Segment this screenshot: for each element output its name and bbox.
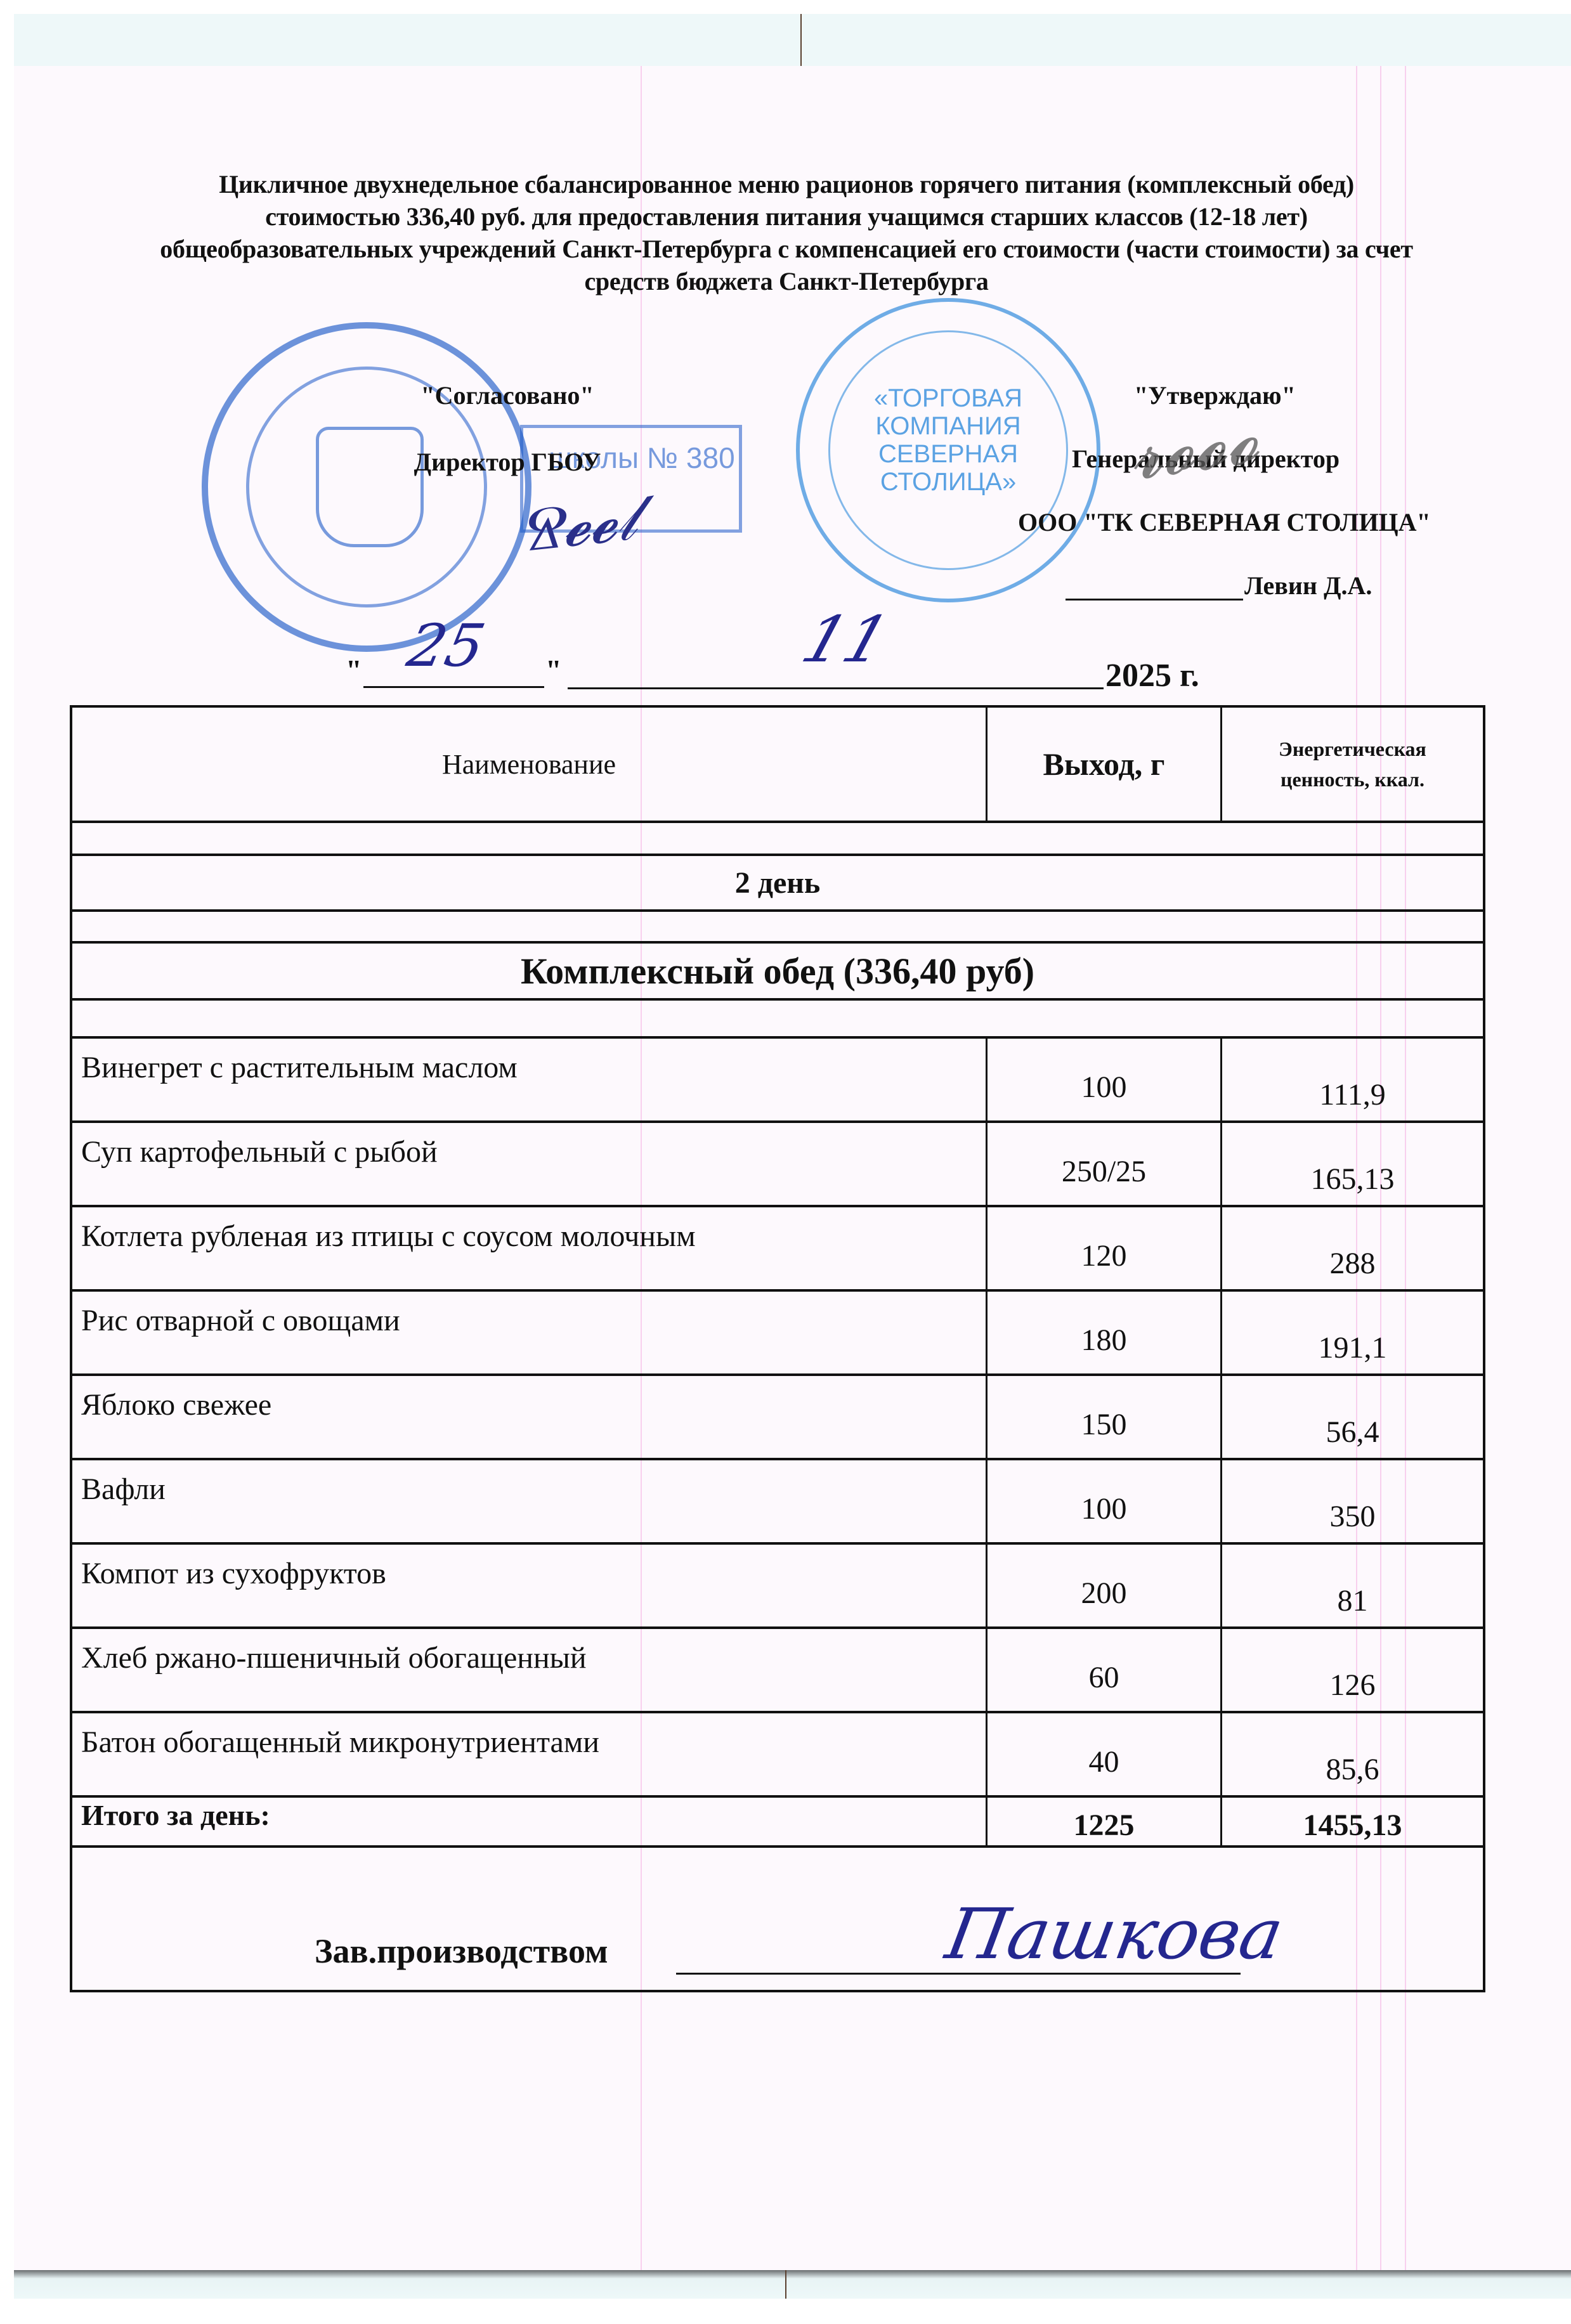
dish-energy: 126 (1220, 1629, 1483, 1711)
header-output: Выход, г (986, 708, 1220, 821)
agreed-position: Директор ГБОУ (355, 447, 660, 477)
signatory-name: Левин Д.А. (1244, 571, 1372, 600)
table-row: Котлета рубленая из птицы с соусом молоч… (72, 1207, 1483, 1292)
dish-output: 200 (986, 1545, 1220, 1626)
dish-output: 60 (986, 1629, 1220, 1711)
dish-name: Вафли (72, 1460, 986, 1542)
dish-name: Суп картофельный с рыбой (72, 1123, 986, 1205)
dish-name: Винегрет с растительным маслом (72, 1039, 986, 1120)
production-manager-signoff: Зав.производством Пашкова (72, 1906, 1483, 1989)
approval-date: " 25 " 11 2025 г. (339, 634, 1291, 691)
title-line: общеобразовательных учреждений Санкт-Пет… (76, 233, 1497, 265)
document-title: Цикличное двухнедельное сбалансированное… (76, 168, 1497, 297)
blank-row (72, 1001, 1483, 1039)
title-line: Цикличное двухнедельное сбалансированное… (76, 168, 1497, 200)
dish-energy: 85,6 (1220, 1713, 1483, 1795)
table-row: Суп картофельный с рыбой250/25165,13 (72, 1123, 1483, 1207)
dish-output: 40 (986, 1713, 1220, 1795)
meal-row: Комплексный обед (336,40 руб) (72, 944, 1483, 1001)
table-row: Рис отварной с овощами180191,1 (72, 1292, 1483, 1376)
date-quote-open: " (346, 653, 362, 687)
production-manager-signature: Пашкова (941, 1893, 1289, 1975)
meal-label: Комплексный обед (336,40 руб) (72, 944, 1483, 998)
dish-name: Яблоко свежее (72, 1376, 986, 1458)
dish-energy: 111,9 (1220, 1039, 1483, 1120)
day-underline (363, 686, 544, 688)
dish-name: Хлеб ржано-пшеничный обогащенный (72, 1629, 986, 1711)
date-year: 2025 г. (1105, 657, 1199, 694)
dish-output: 120 (986, 1207, 1220, 1289)
dish-output: 100 (986, 1039, 1220, 1120)
table-header: Наименование Выход, г Энергетическая цен… (72, 708, 1483, 823)
dish-output: 150 (986, 1376, 1220, 1458)
agreed-heading: "Согласовано" (355, 380, 660, 410)
signature-line (1066, 575, 1243, 600)
table-row: Винегрет с растительным маслом100111,9 (72, 1039, 1483, 1123)
table-row: Вафли100350 (72, 1460, 1483, 1545)
table-row: Батон обогащенный микронутриентами4085,6 (72, 1713, 1483, 1798)
header-energy: Энергетическая ценность, ккал. (1220, 708, 1483, 821)
dish-energy: 165,13 (1220, 1123, 1483, 1205)
day-label: 2 день (72, 856, 1483, 909)
title-line: средств бюджета Санкт-Петербурга (76, 265, 1497, 297)
blank-row (72, 912, 1483, 944)
dish-energy: 81 (1220, 1545, 1483, 1626)
total-row: Итого за день: 1225 1455,13 (72, 1797, 1483, 1848)
menu-table: Наименование Выход, г Энергетическая цен… (70, 705, 1485, 1992)
table-row: Хлеб ржано-пшеничный обогащенный60126 (72, 1629, 1483, 1713)
dish-energy: 191,1 (1220, 1292, 1483, 1373)
scan-edge-bottom (14, 2270, 1571, 2299)
table-row: Компот из сухофруктов20081 (72, 1545, 1483, 1629)
scan-edge-top (14, 14, 1571, 66)
title-line: стоимостью 336,40 руб. для предоставлени… (76, 200, 1497, 233)
total-label: Итого за день: (72, 1797, 986, 1845)
dish-name: Котлета рубленая из птицы с соусом молоч… (72, 1207, 986, 1289)
dish-energy: 350 (1220, 1460, 1483, 1542)
director-signature: Ⱄ𝓮𝓮𝓁 (517, 483, 640, 567)
dish-name: Компот из сухофруктов (72, 1545, 986, 1626)
day-row: 2 день (72, 856, 1483, 912)
dish-energy: 56,4 (1220, 1376, 1483, 1458)
company-seal-stamp: «ТОРГОВАЯ КОМПАНИЯ СЕВЕРНАЯ СТОЛИЦА» (796, 298, 1100, 602)
production-manager-label: Зав.производством (315, 1931, 608, 1971)
approve-company: ООО "ТК СЕВЕРНАЯ СТОЛИЦА" (1018, 507, 1431, 537)
dish-output: 180 (986, 1292, 1220, 1373)
total-energy: 1455,13 (1220, 1797, 1483, 1845)
dish-energy: 288 (1220, 1207, 1483, 1289)
dish-output: 100 (986, 1460, 1220, 1542)
fold-mark (785, 2270, 786, 2299)
header-name: Наименование (72, 708, 986, 821)
dish-name: Рис отварной с овощами (72, 1292, 986, 1373)
date-day: 25 (402, 612, 491, 680)
approve-signatory: Левин Д.А. (1066, 571, 1372, 600)
dish-output: 250/25 (986, 1123, 1220, 1205)
month-underline (568, 687, 1104, 689)
date-quote-close: " (545, 653, 562, 687)
dish-name: Батон обогащенный микронутриентами (72, 1713, 986, 1795)
blank-row (72, 823, 1483, 856)
table-row: Яблоко свежее15056,4 (72, 1376, 1483, 1460)
company-seal-text: «ТОРГОВАЯ КОМПАНИЯ СЕВЕРНАЯ СТОЛИЦА» (800, 384, 1097, 496)
total-output: 1225 (986, 1797, 1220, 1845)
fold-mark (800, 14, 802, 66)
